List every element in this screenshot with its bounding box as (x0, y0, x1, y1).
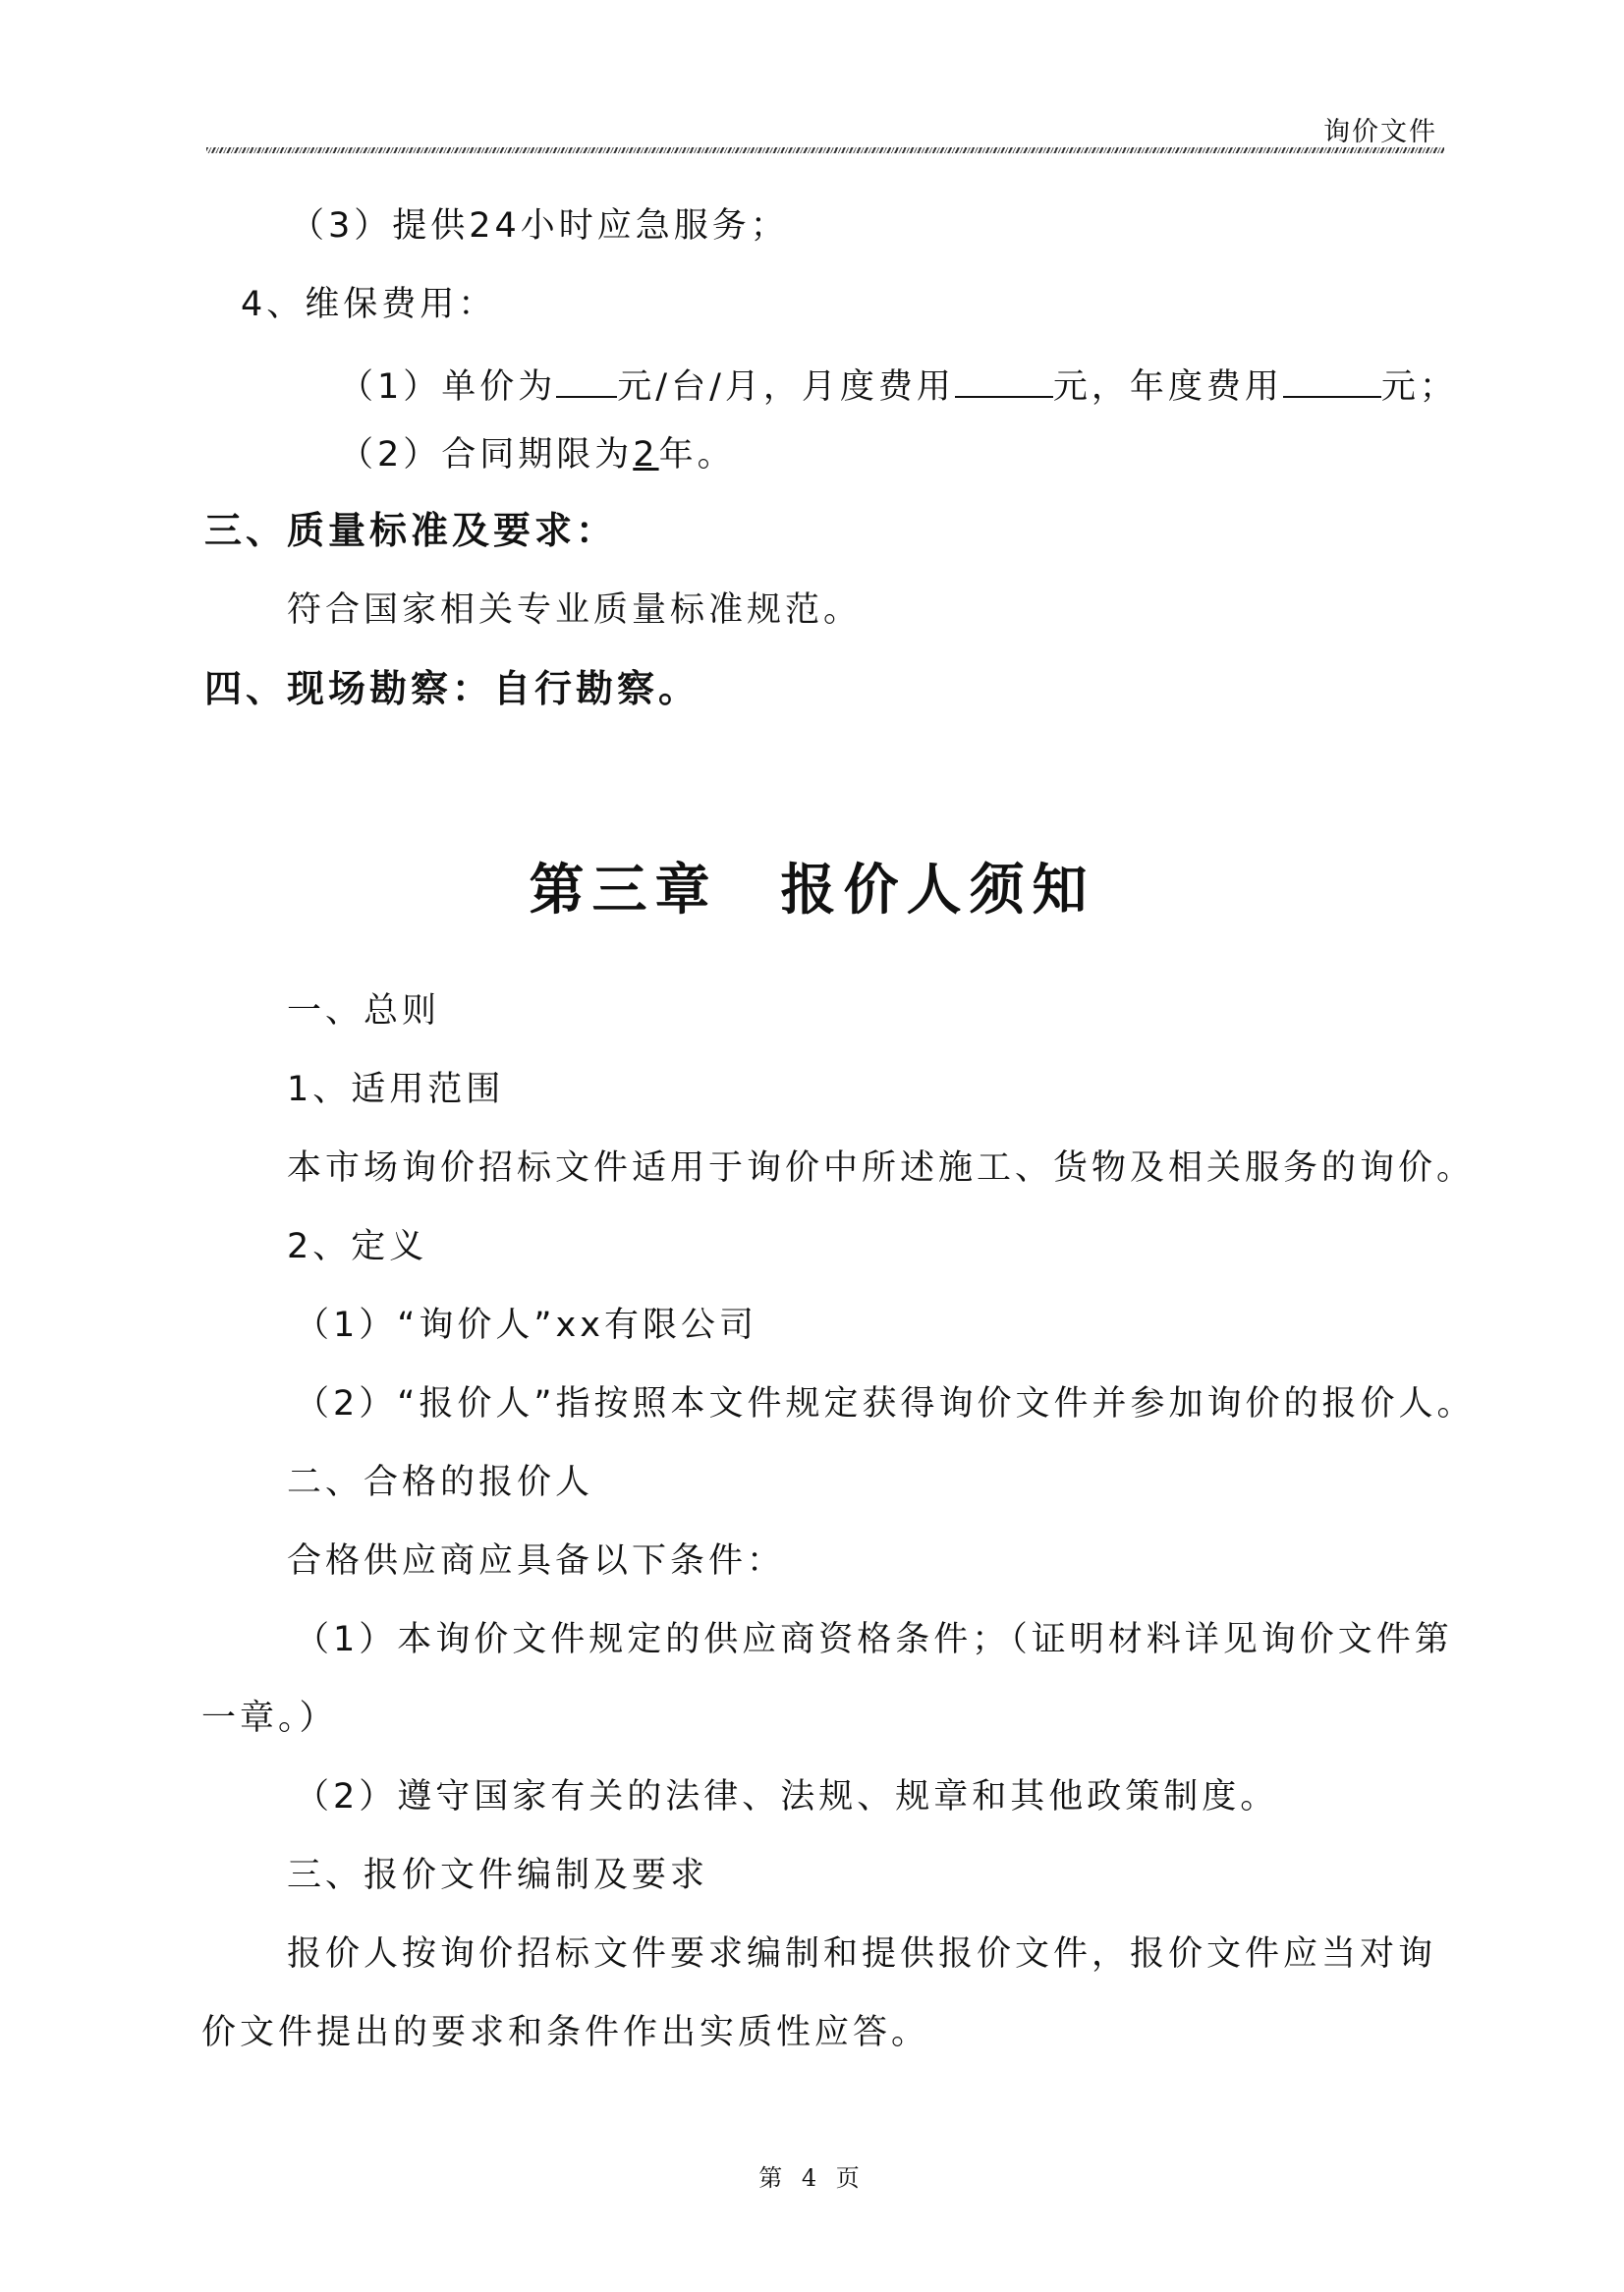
chapter-title: 第三章 报价人须知 (0, 847, 1624, 925)
scope-body: 本市场询价招标文件适用于询价中所述施工、货物及相关服务的询价。 (287, 1151, 1475, 1186)
qualified-item-1-line2: 一章。） (201, 1702, 338, 1736)
fee-line: （1）单价为元/台/月，月度费用元，年度费用元； (339, 362, 1458, 405)
fee-suffix: 元； (1381, 367, 1458, 407)
qualified-item-2: （2）遵守国家有关的法律、法规、规章和其他政策制度。 (295, 1780, 1278, 1815)
page-header-title: 询价文件 (1323, 110, 1437, 148)
prep-body-line1: 报价人按询价招标文件要求编制和提供报价文件，报价文件应当对询 (287, 1937, 1436, 1972)
definition-2: （2）“报价人”指按照本文件规定获得询价文件并参加询价的报价人。 (295, 1387, 1476, 1422)
general-heading: 一、总则 (287, 994, 440, 1029)
term-line: （2）合同期限为2年。 (339, 438, 736, 473)
quality-body: 符合国家相关专业质量标准规范。 (287, 593, 862, 628)
fee-part2: 元/台/月，月度费用 (617, 367, 955, 407)
maintenance-item-3: （3）提供24小时应急服务； (290, 209, 789, 244)
header-divider (206, 147, 1444, 153)
term-years: 2 (633, 435, 658, 475)
page-number: 第 4 页 (0, 2158, 1624, 2193)
maintenance-fee-heading: 4、维保费用： (241, 288, 496, 322)
term-suffix: 年。 (659, 435, 736, 475)
definition-1: （1）“询价人”xx有限公司 (295, 1309, 757, 1343)
monthly-fee-blank[interactable] (955, 362, 1053, 398)
term-prefix: （2）合同期限为 (339, 435, 633, 475)
annual-fee-blank[interactable] (1283, 362, 1381, 398)
prep-body-line2: 价文件提出的要求和条件作出实质性应答。 (201, 2016, 929, 2050)
unit-price-blank[interactable] (556, 362, 617, 398)
fee-part3: 元，年度费用 (1053, 367, 1283, 407)
qualified-heading: 二、合格的报价人 (287, 1466, 593, 1500)
qualified-intro: 合格供应商应具备以下条件： (287, 1544, 785, 1579)
fee-prefix: （1）单价为 (339, 367, 556, 407)
qualified-item-1-line1: （1）本询价文件规定的供应商资格条件；（证明材料详见询价文件第 (295, 1623, 1453, 1657)
definition-heading: 2、定义 (287, 1230, 427, 1264)
quality-heading: 三、质量标准及要求： (204, 512, 617, 549)
scope-heading: 1、适用范围 (287, 1073, 504, 1107)
prep-heading: 三、报价文件编制及要求 (287, 1859, 708, 1893)
site-survey-heading: 四、现场勘察：自行勘察。 (204, 670, 700, 707)
